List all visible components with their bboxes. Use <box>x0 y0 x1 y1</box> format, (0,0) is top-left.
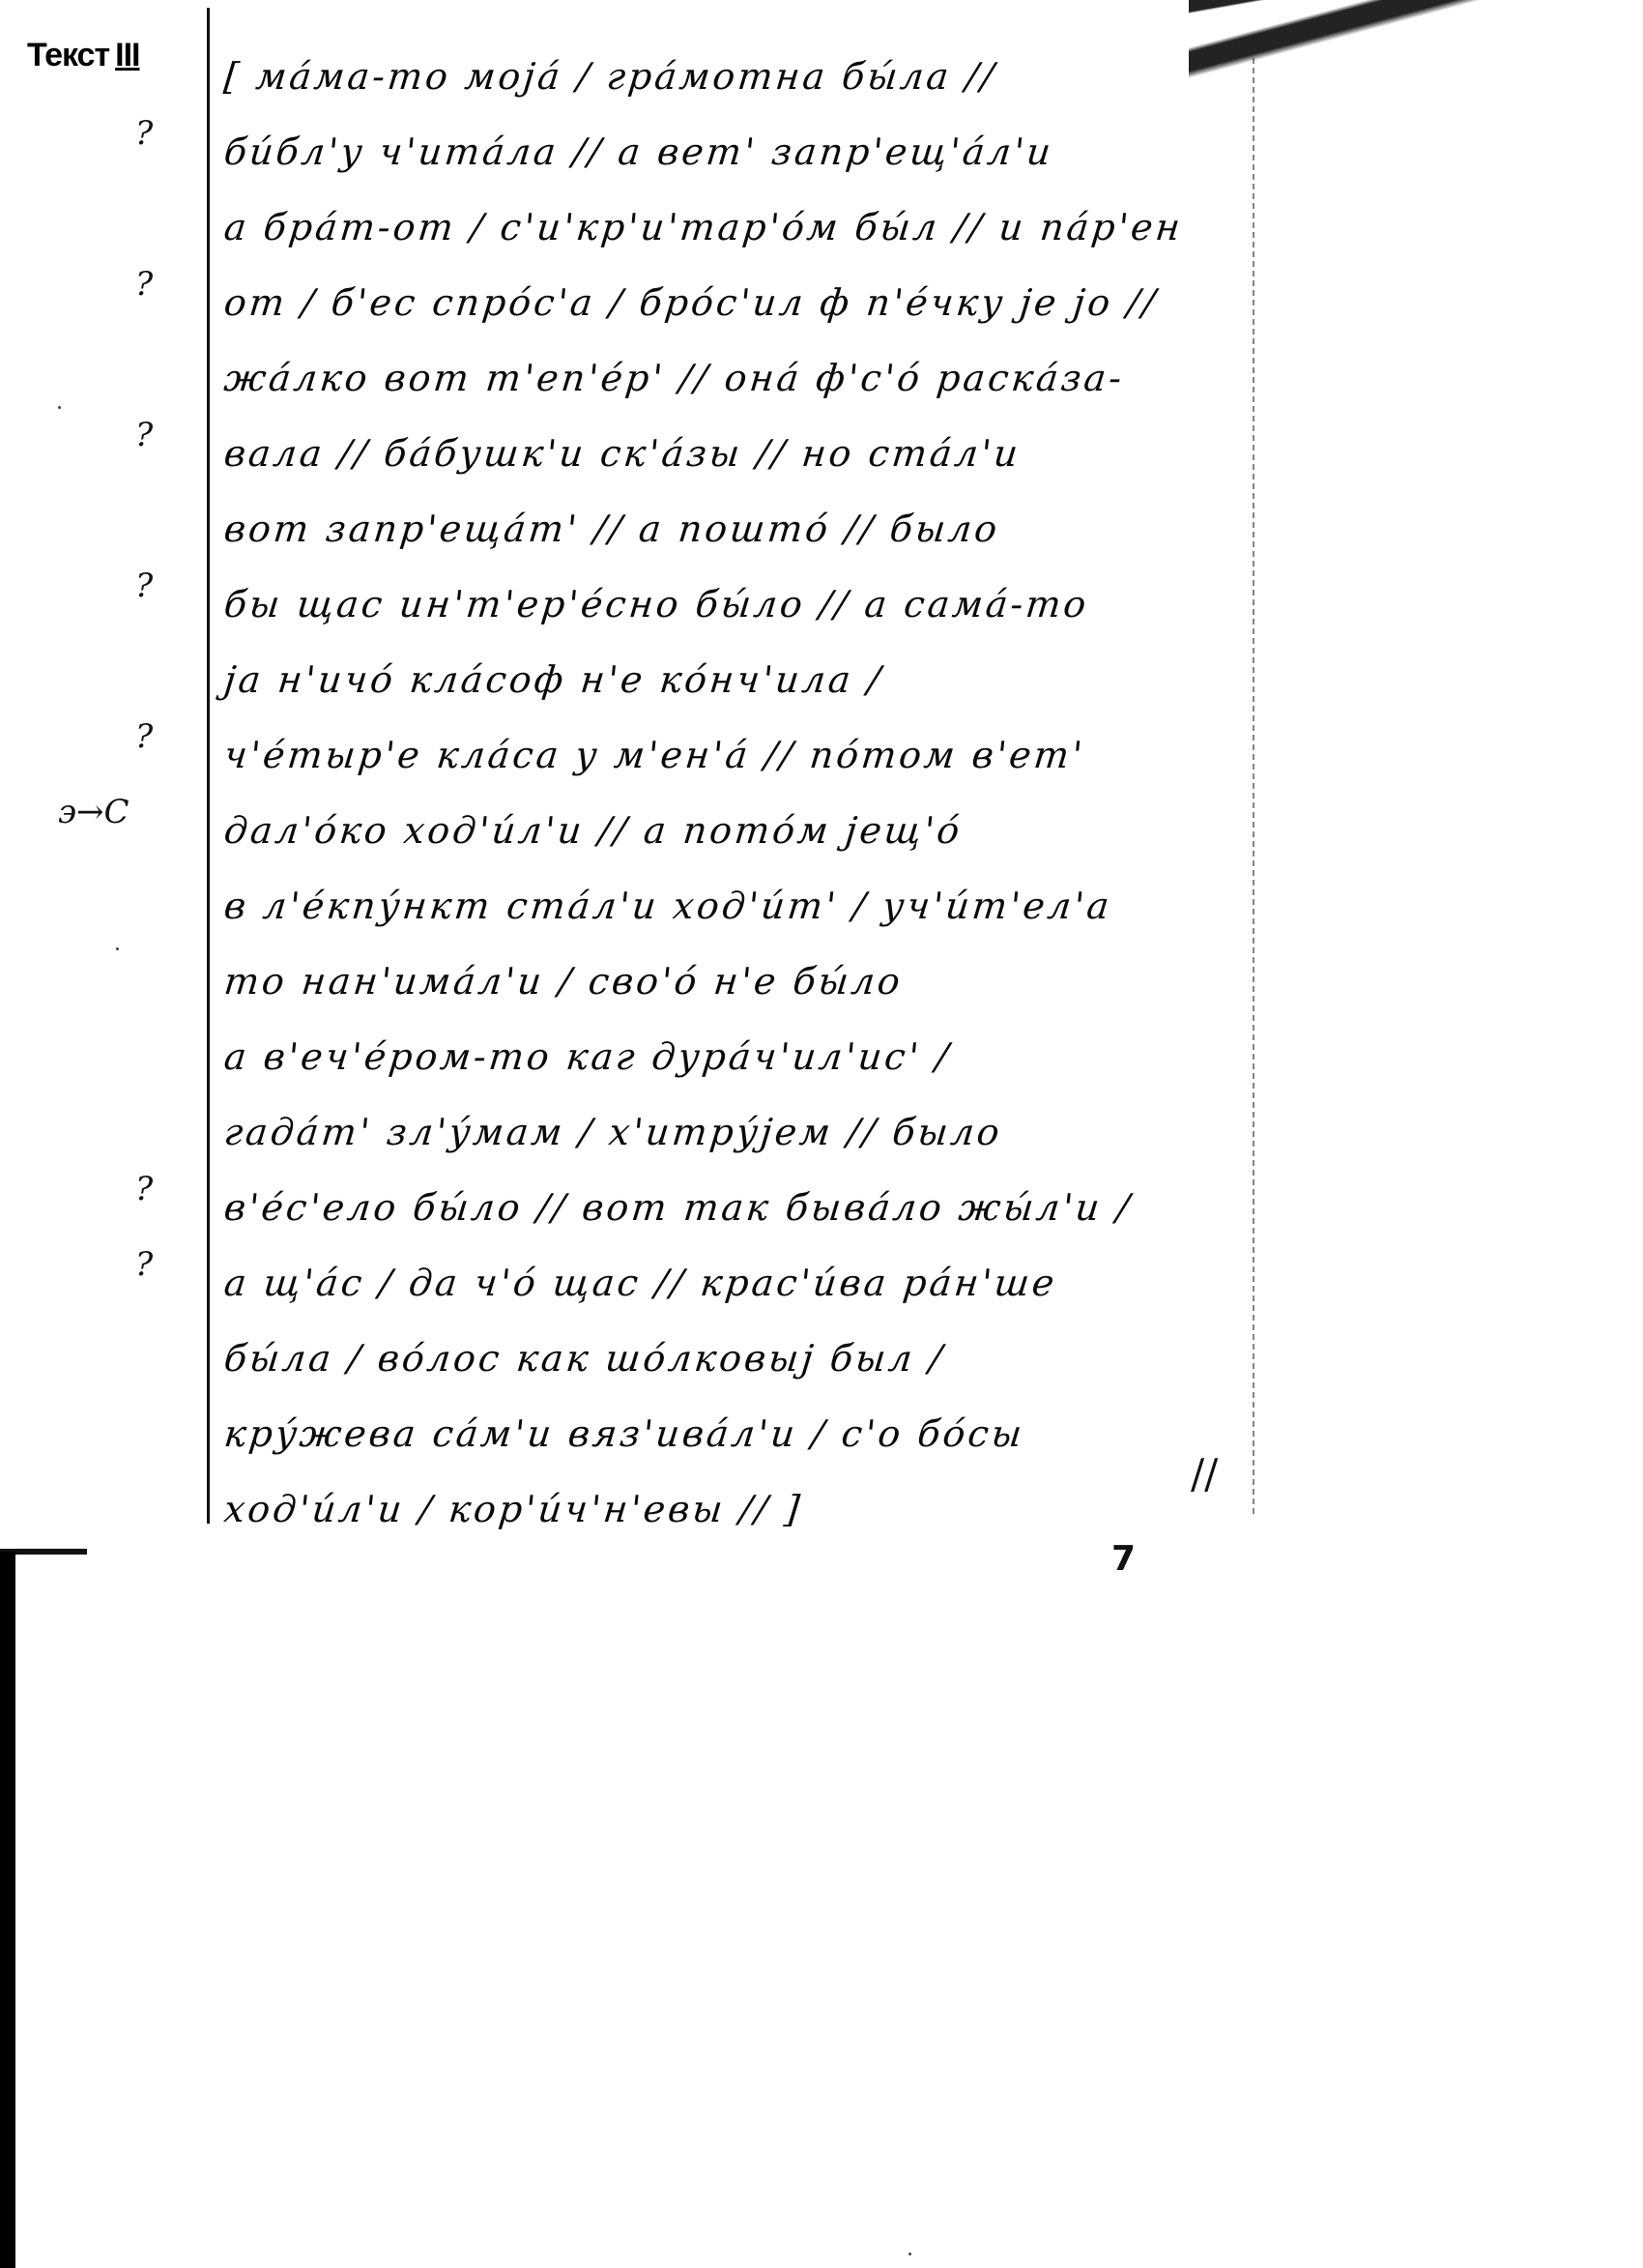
scan-edge-bar <box>0 1552 15 2268</box>
margin-rule <box>207 8 210 1524</box>
transcription-line: jа н'ичо́ кла́соф н'е ко́нч'ила / <box>220 642 1262 717</box>
transcription-line: кру́жева са́м'и вяз'ива́л'и / с'о бо́сы <box>220 1396 1262 1471</box>
transcription-line: вала // ба́бушк'и ск'а́зы // но ста́л'и <box>220 416 1262 491</box>
transcription-line: гада́т' зл'у́мам / х'итру́jем // было <box>220 1094 1262 1170</box>
margin-question-mark: ? <box>135 265 153 304</box>
margin-question-mark: ? <box>135 416 153 454</box>
transcription-line: жа́лко вот т'еп'е́р' // она́ ф'с'о́ раск… <box>220 340 1262 416</box>
scan-speck <box>908 2253 911 2255</box>
transcription-line: бы́ла / во́лос как шо́лковыj был / <box>220 1321 1262 1396</box>
margin-question-mark: ? <box>135 567 153 605</box>
scan-speck <box>116 947 119 950</box>
margin-question-mark: ? <box>135 717 153 756</box>
transcription-line: в'е́с'ело бы́ло // вот так быва́ло жы́л'… <box>220 1170 1262 1245</box>
heading-number: III <box>115 37 139 73</box>
transcription-line: то нан'има́л'и / сво'о́ н'е бы́ло <box>220 944 1262 1019</box>
transcription-line: [ ма́ма-то моjа́ / гра́мотна бы́ла // <box>220 39 1262 114</box>
transcription-line: ход'и́л'и / кор'и́ч'н'евы // ] <box>220 1471 1262 1547</box>
text-heading: ТекстIII <box>27 37 139 74</box>
transcription-line: от / б'ес спро́с'а / бро́с'ил ф п'е́чку … <box>220 265 1262 340</box>
scanned-page: ТекстIII ? ? ? ? ? э→С ? ? [ ма́ма-то мо… <box>0 0 1643 2268</box>
transcription-line: бы щас ин'т'ер'е́сно бы́ло // а сама́-то <box>220 567 1262 642</box>
margin-question-mark: ? <box>135 114 153 153</box>
margin-question-mark: ? <box>135 1170 153 1208</box>
page-corner-mark: 7 <box>1111 1539 1136 1579</box>
margin-question-mark: ? <box>135 1245 153 1284</box>
scan-speck <box>58 406 61 409</box>
margin-phonetic-note: э→С <box>58 793 130 831</box>
transcription-line: дал'о́ко ход'и́л'и // а пото́м jещ'о́ <box>220 793 1262 868</box>
transcription-line: вот запр'еща́т' // а пошто́ // было <box>220 491 1262 567</box>
transcription-line: а в'еч'е́ром-то каг дура́ч'ил'ис' / <box>220 1019 1262 1094</box>
end-double-bar: // <box>1191 1450 1218 1497</box>
transcription-line: в л'е́кпу́нкт ста́л'и ход'и́т' / уч'и́т'… <box>220 868 1262 944</box>
transcription-body: [ ма́ма-то моjа́ / гра́мотна бы́ла // би… <box>220 39 1254 1547</box>
transcription-line: а щ'а́с / да ч'о́ щас // крас'и́ва ра́н'… <box>220 1245 1262 1321</box>
transcription-line: би́бл'у ч'ита́ла // а вет' запр'ещ'а́л'и <box>220 114 1262 189</box>
transcription-line: ч'е́тыр'е кла́са у м'ен'а́ // по́том в'е… <box>220 717 1262 793</box>
heading-label: Текст <box>27 37 109 73</box>
transcription-line: а бра́т-от / с'и'кр'и'тар'о́м бы́л // и … <box>220 189 1262 265</box>
